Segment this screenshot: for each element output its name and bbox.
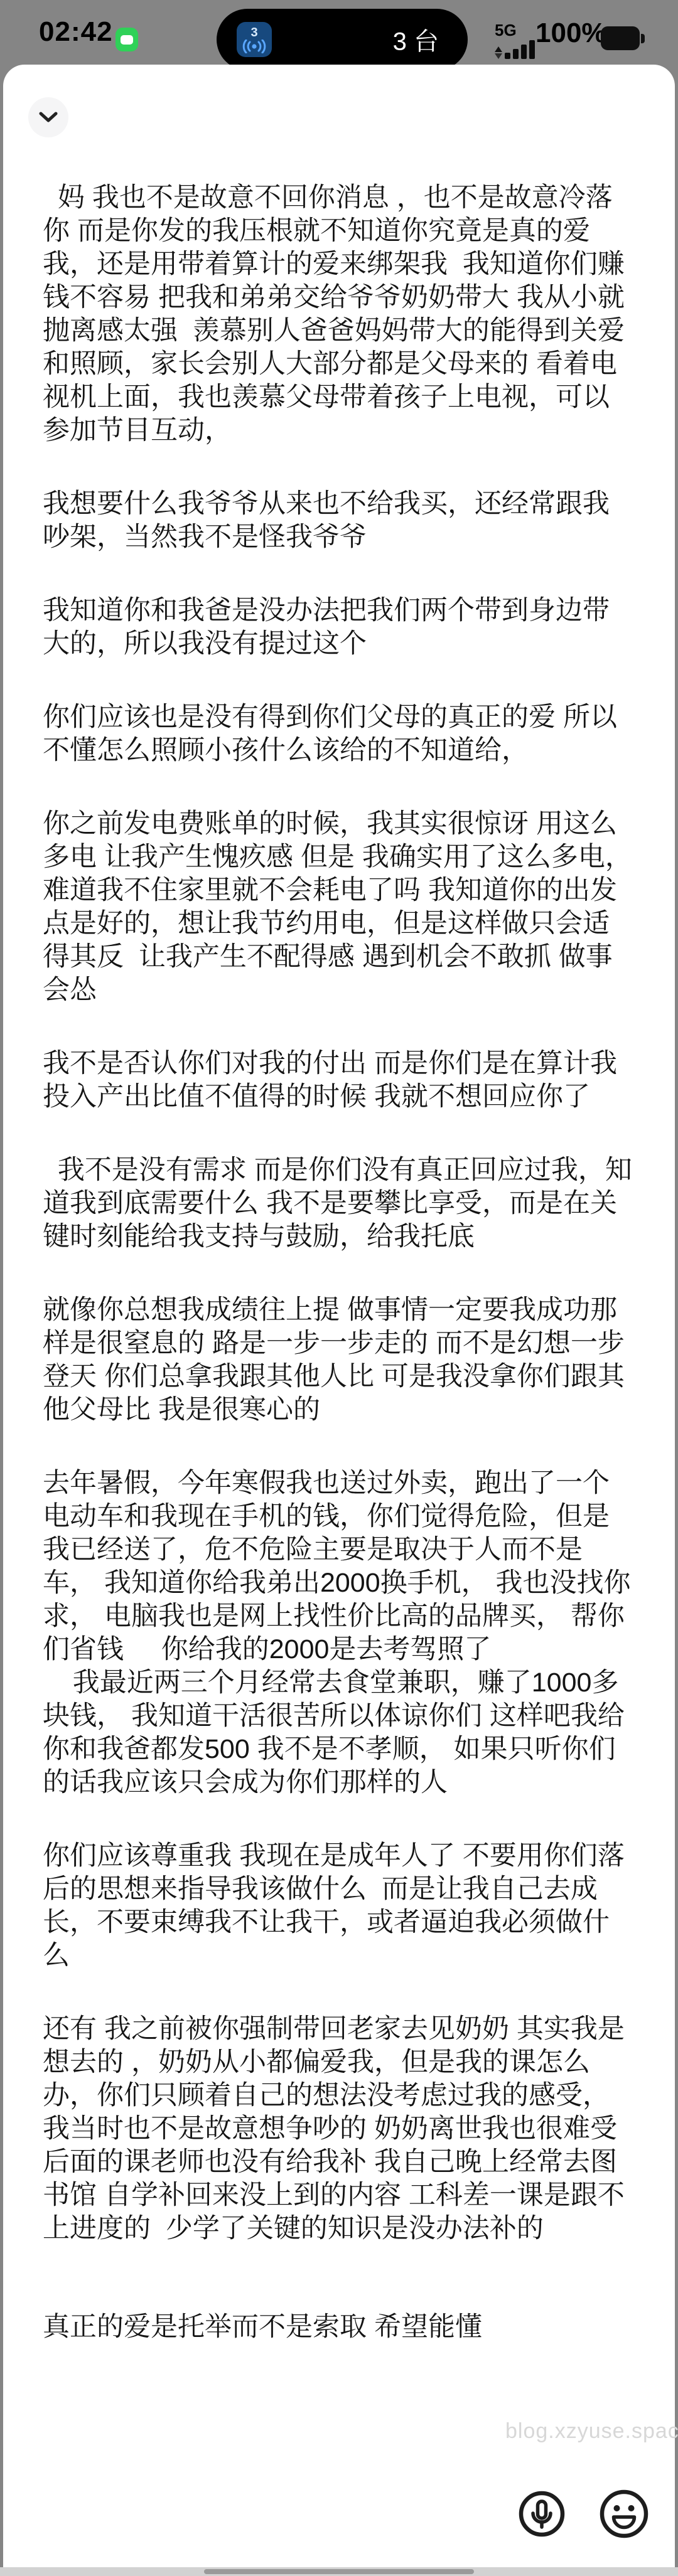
smiley-face-icon — [600, 2489, 648, 2538]
network-type-label: 5G — [495, 23, 539, 38]
note-paragraph: 你们应该也是没有得到你们父母的真正的爱 所以不懂怎么照顾小孩什么该给的不知道给， — [43, 701, 636, 767]
note-card: 妈 我也不是故意不回你消息 ，也不是故意冷落你 而是你发的我压根就不知道你究竟是… — [3, 65, 675, 2567]
note-paragraph: 你们应该尊重我 我现在是成年人了 不要用你们落后的思想来指导我该做什么 而是让我… — [43, 1839, 636, 1972]
battery-nub — [641, 34, 645, 43]
watermark-text: blog.xzyuse.space — [505, 2419, 678, 2444]
chevron-down-icon — [39, 112, 58, 123]
note-paragraph: 我知道你和我爸是没办法把我们两个带到身边带大的，所以我没有提过这个 — [43, 594, 636, 661]
signal-bars-icon — [505, 40, 537, 59]
status-time: 02:42 — [39, 16, 113, 48]
hotspot-status-pill[interactable]: 3 3 台 — [217, 9, 468, 70]
note-paragraph: 我不是没有需求 而是你们没有真正回应过我，知道我到底需要什么 我不是要攀比享受，… — [43, 1154, 636, 1253]
collapse-button[interactable] — [28, 97, 68, 137]
note-paragraph: 我不是否认你们对我的付出 而是你们是在算计我投入产出比值不值得的时候 我就不想回… — [43, 1047, 636, 1114]
note-paragraph: 还有 我之前被你强制带回老家去见奶奶 其实我是想去的 ，奶奶从小都偏爱我，但是我… — [43, 2013, 636, 2245]
microphone-icon — [519, 2491, 565, 2537]
microphone-button[interactable] — [519, 2489, 565, 2540]
screen-sharing-indicator-inner — [121, 35, 133, 45]
hotspot-device-count: 3 — [250, 26, 257, 40]
emoji-button[interactable] — [600, 2489, 648, 2540]
note-paragraphs: 妈 我也不是故意不回你消息 ，也不是故意冷落你 而是你发的我压根就不知道你究竟是… — [43, 181, 636, 2344]
note-paragraph: 就像你总想我成绩往上提 做事情一定要我成功那样是很窒息的 路是一步一步走的 而不… — [43, 1294, 636, 1427]
battery-percent-label: 100% — [535, 18, 606, 49]
bottom-toolbar — [519, 2489, 648, 2540]
note-paragraph: 妈 我也不是故意不回你消息 ，也不是故意冷落你 而是你发的我压根就不知道你究竟是… — [43, 181, 636, 447]
battery-icon — [601, 26, 640, 50]
note-paragraph: 真正的爱是托举而不是索取 希望能懂 — [43, 2311, 636, 2344]
personal-hotspot-icon: 3 — [237, 22, 272, 57]
hotspot-device-label: 3 台 — [393, 22, 439, 58]
status-bar: 02:42 3 3 台 5G — [0, 0, 678, 65]
hotspot-waves-icon — [242, 40, 266, 53]
note-paragraph: 你之前发电费账单的时候，我其实很惊讶 用这么多电 让我产生愧疚感 但是 我确实用… — [43, 807, 636, 1007]
data-arrows-icon — [495, 46, 502, 59]
screen-sharing-indicator-icon — [116, 28, 138, 51]
note-paragraph: 我想要什么我爷爷从来也不给我买，还经常跟我吵架，当然我不是怪我爷爷 — [43, 487, 636, 554]
network-indicator: 5G — [495, 23, 539, 59]
home-indicator[interactable] — [204, 2569, 474, 2574]
phone-screen: 02:42 3 3 台 5G — [0, 0, 678, 2576]
note-paragraph: 去年暑假，今年寒假我也送过外卖，跑出了一个电动车和我现在手机的钱，你们觉得危险，… — [43, 1467, 636, 1799]
